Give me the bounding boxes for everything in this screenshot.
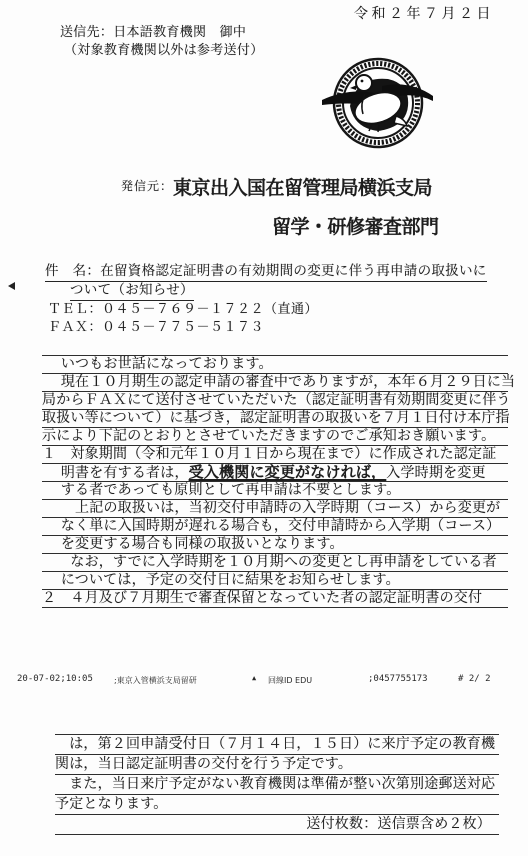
bottom-note-block: は，第２回申請受付日（７月１４日，１５日）に来庁予定の教育機 関は，当日認定証明… bbox=[55, 734, 499, 835]
tel-number: ＴＥＬ：０４５－７６９－１７２２（直通） bbox=[48, 298, 318, 317]
emphasis-text: 受入機関に変更がなければ， bbox=[189, 463, 387, 481]
body-line: １ 対象期間（令和元年１０月１日から現在まで）に作成された認定証 bbox=[42, 446, 508, 464]
fax-arrow-icon: ▲ bbox=[252, 674, 256, 682]
immigration-bureau-seal-icon bbox=[316, 54, 436, 156]
emphasis-pre: 明書を有する者は， bbox=[42, 465, 189, 481]
recipient-note: （対象教育機関以外は参考送付） bbox=[64, 39, 264, 58]
recipient-line: 送信先：日本語教育機関 御中 bbox=[60, 21, 246, 40]
body-line: ２ ４月及び７月期生で審査保留となっていた者の認定証明書の交付 bbox=[42, 590, 508, 608]
fax-sender-id: ;東京入管横浜支局留研 bbox=[114, 675, 197, 686]
body-line: 取扱い等について）に基づき，認定証明書の取扱いを７月１日付け本庁指 bbox=[42, 410, 508, 428]
bottom-line: 予定となります。 bbox=[55, 795, 499, 815]
body-line: 示により下記のとおりとさせていただきますのでご承知おき願います。 bbox=[42, 428, 508, 446]
fax-dial-number: ;0457755173 bbox=[368, 674, 428, 684]
body-line: 上記の取扱いは，当初交付申請時の入学時期（コース）から変更が bbox=[42, 500, 508, 518]
body-line: を変更する場合も同様の取扱いとなります。 bbox=[42, 536, 508, 554]
body-line: なお，すでに入学時期を１０月期への変更とし再申請をしている者 bbox=[42, 554, 508, 572]
bottom-line: は，第２回申請受付日（７月１４日，１５日）に来庁予定の教育機 bbox=[55, 735, 499, 755]
sender-label: 発信元： bbox=[121, 179, 173, 193]
body-line: については，予定の交付日に結果をお知らせします。 bbox=[42, 572, 508, 590]
margin-marker-icon bbox=[8, 282, 15, 290]
fax-timestamp: 20-07-02;10:05 bbox=[17, 674, 93, 684]
body-line: する者であっても原則として再申請は不要とします。 bbox=[42, 482, 508, 500]
bottom-line: 関は，当日認定証明書の交付を行う予定です。 bbox=[55, 755, 499, 775]
body-line: 現在１０月期生の認定申請の審査中でありますが，本年６月２９日に当 bbox=[42, 374, 508, 392]
fax-number: ＦＡＸ：０４５－７７５－５１７３ bbox=[48, 316, 264, 335]
pages-note: 送付枚数：送信票含め２枚） bbox=[55, 815, 499, 835]
sender-row: 発信元：東京出入国在留管理局横浜支局 bbox=[121, 173, 432, 200]
emphasis-post: 入学時期を変更 bbox=[386, 465, 485, 481]
bottom-line: また，当日来庁予定がない教育機関は準備が整い次第別途郵送対応 bbox=[55, 775, 499, 795]
body-line: なく単に入国時期が遅れる場合も，交付申請時から入学期（コース） bbox=[42, 518, 508, 536]
fax-transmission-header: 20-07-02;10:05 ;東京入管横浜支局留研 ▲ 回線ID EDU ;0… bbox=[0, 674, 528, 686]
fax-document-page: 令和２年７月２日 送信先：日本語教育機関 御中 （対象教育機関以外は参考送付） … bbox=[0, 0, 528, 856]
sender-name: 東京出入国在留管理局横浜支局 bbox=[173, 177, 432, 199]
body-line-emphasized: 明書を有する者は，受入機関に変更がなければ，入学時期を変更 bbox=[42, 464, 508, 482]
document-date: 令和２年７月２日 bbox=[354, 3, 494, 23]
fax-page-count: # 2/ 2 bbox=[458, 674, 491, 684]
body-line: 局からＦＡＸにて送付させていただいた（認定証明書有効期間変更に伴う bbox=[42, 392, 508, 410]
body-line: いつもお世話になっております。 bbox=[42, 356, 508, 374]
sender-department: 留学・研修審査部門 bbox=[272, 212, 439, 239]
fax-line-id: 回線ID EDU bbox=[268, 675, 312, 686]
body-text-block: いつもお世話になっております。 現在１０月期生の認定申請の審査中でありますが，本… bbox=[42, 355, 508, 608]
